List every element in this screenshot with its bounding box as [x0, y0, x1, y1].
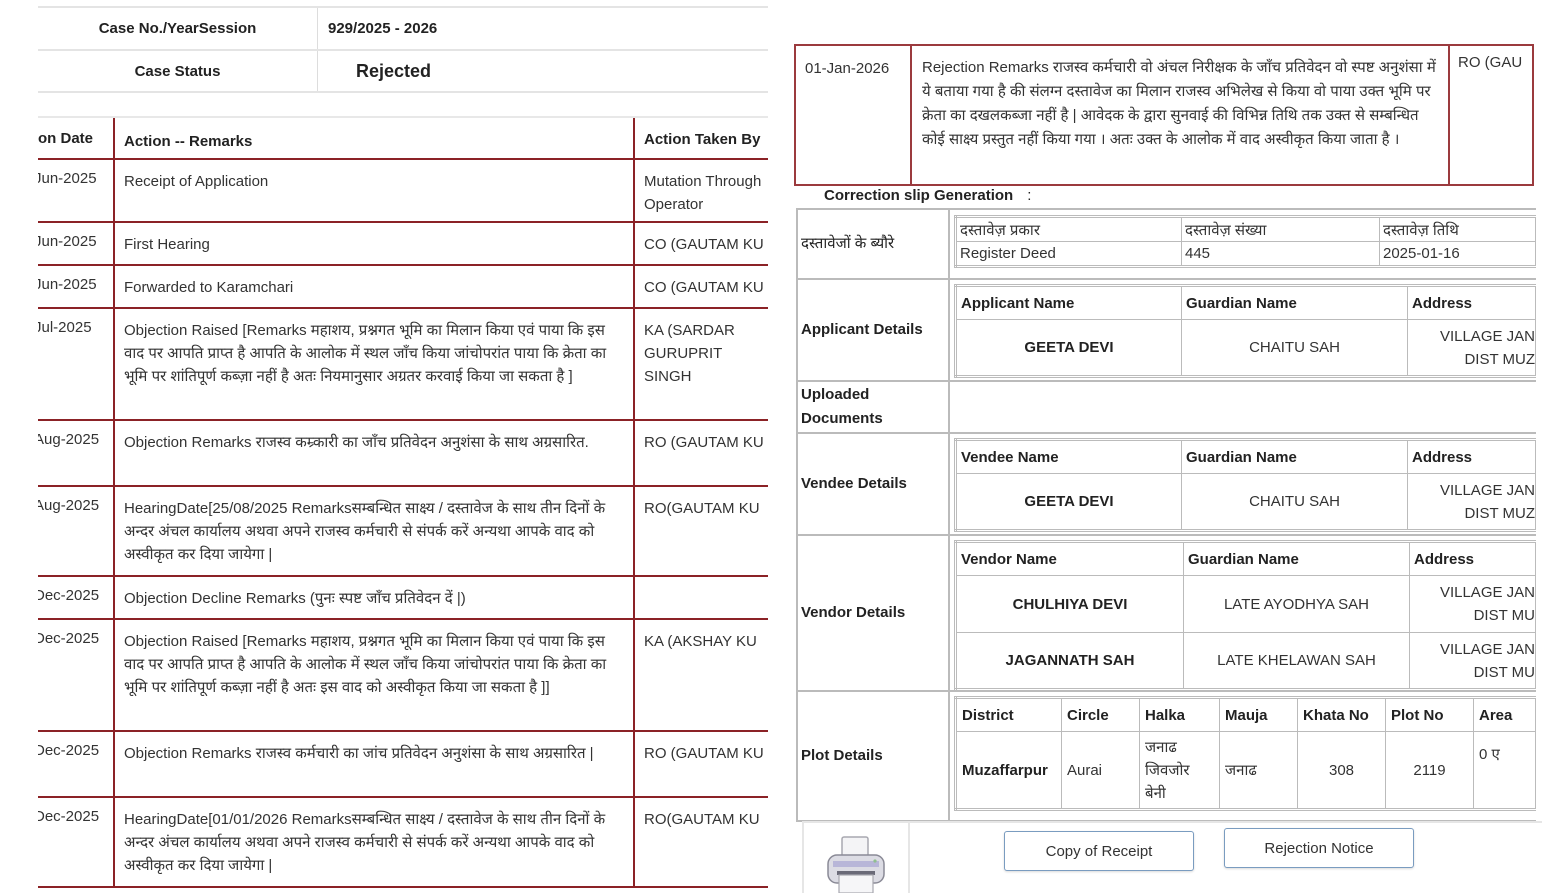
- vendor-label: Vendor Details: [798, 536, 950, 690]
- action-date: Dec-2025: [38, 732, 115, 796]
- rejection-row: 01-Jan-2026 Rejection Remarks राजस्व कर्…: [794, 44, 1534, 186]
- documents-table: दस्तावेज़ प्रकार दस्तावेज़ संख्या दस्ताव…: [954, 215, 1536, 268]
- table-row: Jun-2025Forwarded to KaramchariCO (GAUTA…: [38, 266, 768, 309]
- plot-mauja: जनाढ: [1220, 732, 1298, 810]
- vendor-guardian: LATE KHELAWAN SAH: [1184, 633, 1410, 690]
- vendee-name: GEETA DEVI: [956, 474, 1182, 531]
- table-row: Dec-2025Objection Remarks राजस्व कर्मचार…: [38, 732, 768, 798]
- doc-type-header: दस्तावेज़ प्रकार: [956, 217, 1182, 242]
- action-taken-by: RO(GAUTAM KU: [635, 487, 768, 575]
- action-date: Jun-2025: [38, 160, 115, 221]
- action-taken-by: CO (GAUTAM KU: [635, 223, 768, 264]
- action-remarks: Objection Decline Remarks (पुनः स्पष्ट ज…: [115, 577, 635, 618]
- vendor-address: VILLAGE JANDIST MU: [1410, 576, 1536, 633]
- plot-mauja-header: Mauja: [1220, 698, 1298, 732]
- table-row: Dec-2025Objection Raised [Remarks महाशय,…: [38, 620, 768, 732]
- printer-icon: [825, 835, 887, 893]
- action-taken-by: Mutation Through Operator: [635, 160, 768, 221]
- copy-of-receipt-button[interactable]: Copy of Receipt: [1004, 831, 1194, 871]
- action-taken-by: RO (GAUTAM KU: [635, 732, 768, 796]
- vendee-row: Vendee Details Vendee Name Guardian Name…: [798, 434, 1536, 536]
- doc-date-value: 2025-01-16: [1380, 242, 1536, 267]
- case-details-panel: 01-Jan-2026 Rejection Remarks राजस्व कर्…: [790, 0, 1553, 893]
- vendor-name: JAGANNATH SAH: [956, 633, 1184, 690]
- action-taken-by: RO(GAUTAM KU: [635, 798, 768, 886]
- action-date: Aug-2025: [38, 421, 115, 485]
- case-status-label: Case Status: [38, 51, 318, 91]
- action-remarks: Receipt of Application: [115, 160, 635, 221]
- header-action-by: Action Taken By: [635, 118, 768, 158]
- vendee-table: Vendee Name Guardian Name Address GEETA …: [954, 438, 1536, 532]
- print-button[interactable]: [802, 823, 910, 893]
- vendor-address-header: Address: [1410, 542, 1536, 576]
- address-line-1: VILLAGE JAN: [1440, 584, 1535, 601]
- plot-area-header: Area: [1474, 698, 1536, 732]
- vendor-table: Vendor Name Guardian Name Address CHULHI…: [954, 540, 1536, 691]
- plot-district: Muzaffarpur: [956, 732, 1062, 810]
- uploaded-documents-label: Uploaded Documents: [798, 382, 950, 432]
- address-line-2: DIST MUZ: [1464, 505, 1535, 522]
- plot-circle-header: Circle: [1062, 698, 1140, 732]
- applicant-name-header: Applicant Name: [956, 286, 1182, 320]
- documents-row: दस्तावेजों के ब्यौरे दस्तावेज़ प्रकार दस…: [798, 210, 1536, 280]
- case-history-panel: Case No./YearSession 929/2025 - 2026 Cas…: [0, 0, 768, 893]
- plot-table: District Circle Halka Mauja Khata No Plo…: [954, 696, 1536, 811]
- address-line-1: VILLAGE JAN: [1440, 641, 1535, 658]
- header-date: on Date: [38, 118, 115, 158]
- applicant-address: VILLAGE JANDIST MUZ: [1408, 320, 1536, 377]
- action-date: Aug-2025: [38, 487, 115, 575]
- case-no-value: 929/2025 - 2026: [318, 20, 437, 37]
- action-remarks: HearingDate[01/01/2026 Remarksसम्बन्धित …: [115, 798, 635, 886]
- applicant-name: GEETA DEVI: [956, 320, 1182, 377]
- address-line-2: DIST MU: [1474, 664, 1535, 681]
- documents-label: दस्तावेजों के ब्यौरे: [798, 210, 950, 278]
- action-remarks: Objection Remarks राजस्व कर्मचारी का जां…: [115, 732, 635, 796]
- action-remarks: Objection Raised [Remarks महाशय, प्रश्नग…: [115, 309, 635, 419]
- vendor-guardian: LATE AYODHYA SAH: [1184, 576, 1410, 633]
- action-date: Dec-2025: [38, 577, 115, 618]
- case-no-row: Case No./YearSession 929/2025 - 2026: [38, 6, 768, 49]
- address-line-2: DIST MU: [1474, 607, 1535, 624]
- action-history-table: on Date Action -- Remarks Action Taken B…: [38, 116, 768, 888]
- vendee-address: VILLAGE JANDIST MUZ: [1408, 474, 1536, 531]
- uploaded-documents-row: Uploaded Documents: [798, 382, 1536, 434]
- documents-body: दस्तावेज़ प्रकार दस्तावेज़ संख्या दस्ताव…: [950, 210, 1536, 278]
- plot-khata-header: Khata No: [1298, 698, 1386, 732]
- vendor-address: VILLAGE JANDIST MU: [1410, 633, 1536, 690]
- vendee-guardian: CHAITU SAH: [1182, 474, 1408, 531]
- address-line-2: DIST MUZ: [1464, 351, 1535, 368]
- vendor-body: Vendor Name Guardian Name Address CHULHI…: [950, 536, 1536, 690]
- doc-number-header: दस्तावेज़ संख्या: [1182, 217, 1380, 242]
- action-remarks: Forwarded to Karamchari: [115, 266, 635, 307]
- vendor-name: CHULHIYA DEVI: [956, 576, 1184, 633]
- doc-type-value: Register Deed: [956, 242, 1182, 267]
- rejection-notice-button[interactable]: Rejection Notice: [1224, 828, 1414, 868]
- applicant-row: Applicant Details Applicant Name Guardia…: [798, 280, 1536, 382]
- rejection-action-by: RO (GAU: [1450, 46, 1522, 184]
- case-info-table: Case No./YearSession 929/2025 - 2026 Cas…: [38, 6, 768, 93]
- action-date: Dec-2025: [38, 798, 115, 886]
- doc-number-value: 445: [1182, 242, 1380, 267]
- plot-circle: Aurai: [1062, 732, 1140, 810]
- applicant-body: Applicant Name Guardian Name Address GEE…: [950, 280, 1536, 380]
- action-remarks: First Hearing: [115, 223, 635, 264]
- correction-slip-colon: :: [1027, 187, 1031, 204]
- vendor-row: Vendor Details Vendor Name Guardian Name…: [798, 536, 1536, 692]
- correction-slip-label: Correction slip Generation:: [824, 187, 1031, 204]
- vendee-label: Vendee Details: [798, 434, 950, 534]
- details-table: दस्तावेजों के ब्यौरे दस्तावेज़ प्रकार दस…: [796, 208, 1536, 822]
- plot-halka: जनाढ जिवजोर बेनी: [1140, 732, 1220, 810]
- table-row: Aug-2025Objection Remarks राजस्व कम्र्का…: [38, 421, 768, 487]
- action-remarks: Objection Remarks राजस्व कम्र्कारी का जा…: [115, 421, 635, 485]
- vendee-body: Vendee Name Guardian Name Address GEETA …: [950, 434, 1536, 534]
- plot-body: District Circle Halka Mauja Khata No Plo…: [950, 692, 1536, 820]
- action-remarks: HearingDate[25/08/2025 Remarksसम्बन्धित …: [115, 487, 635, 575]
- action-taken-by: RO (GAUTAM KU: [635, 421, 768, 485]
- applicant-label: Applicant Details: [798, 280, 950, 380]
- vendor-guardian-header: Guardian Name: [1184, 542, 1410, 576]
- applicant-table: Applicant Name Guardian Name Address GEE…: [954, 284, 1536, 378]
- plot-khata: 308: [1298, 732, 1386, 810]
- history-header-row: on Date Action -- Remarks Action Taken B…: [38, 116, 768, 160]
- plot-district-header: District: [956, 698, 1062, 732]
- vendor-name-header: Vendor Name: [956, 542, 1184, 576]
- rejection-date: 01-Jan-2026: [796, 46, 912, 184]
- action-remarks: Objection Raised [Remarks महाशय, प्रश्नग…: [115, 620, 635, 730]
- plot-plotno: 2119: [1386, 732, 1474, 810]
- case-status-row: Case Status Rejected: [38, 49, 768, 93]
- action-date: Jul-2025: [38, 309, 115, 419]
- applicant-guardian: CHAITU SAH: [1182, 320, 1408, 377]
- doc-date-header: दस्तावेज़ तिथि: [1380, 217, 1536, 242]
- plot-row: Plot Details District Circle Halka Mauja…: [798, 692, 1536, 820]
- plot-label: Plot Details: [798, 692, 950, 820]
- header-remarks: Action -- Remarks: [115, 118, 635, 158]
- rejection-remarks: Rejection Remarks राजस्व कर्मचारी वो अंच…: [912, 46, 1450, 184]
- vendee-guardian-header: Guardian Name: [1182, 440, 1408, 474]
- history-body: Jun-2025Receipt of ApplicationMutation T…: [38, 160, 768, 888]
- action-date: Jun-2025: [38, 223, 115, 264]
- action-taken-by: [635, 577, 768, 618]
- plot-plotno-header: Plot No: [1386, 698, 1474, 732]
- vendor-row-2: JAGANNATH SAH LATE KHELAWAN SAH VILLAGE …: [956, 633, 1536, 690]
- action-date: Dec-2025: [38, 620, 115, 730]
- correction-slip-text: Correction slip Generation: [824, 187, 1013, 204]
- uploaded-documents-body: [950, 382, 1536, 432]
- table-row: Dec-2025HearingDate[01/01/2026 Remarksसम…: [38, 798, 768, 888]
- case-no-label: Case No./YearSession: [38, 8, 318, 49]
- applicant-address-header: Address: [1408, 286, 1536, 320]
- case-status-value: Rejected: [318, 61, 431, 82]
- table-row: Dec-2025Objection Decline Remarks (पुनः …: [38, 577, 768, 620]
- table-row: Jun-2025Receipt of ApplicationMutation T…: [38, 160, 768, 223]
- vendee-address-header: Address: [1408, 440, 1536, 474]
- address-line-1: VILLAGE JAN: [1440, 482, 1535, 499]
- address-line-1: VILLAGE JAN: [1440, 328, 1535, 345]
- vendor-row-1: CHULHIYA DEVI LATE AYODHYA SAH VILLAGE J…: [956, 576, 1536, 633]
- plot-halka-header: Halka: [1140, 698, 1220, 732]
- vendee-name-header: Vendee Name: [956, 440, 1182, 474]
- action-date: Jun-2025: [38, 266, 115, 307]
- action-bar: Copy of Receipt Rejection Notice: [802, 821, 1542, 893]
- action-taken-by: KA (SARDAR GURUPRIT SINGH: [635, 309, 768, 419]
- applicant-guardian-header: Guardian Name: [1182, 286, 1408, 320]
- plot-area: 0 ए: [1474, 732, 1536, 810]
- table-row: Jun-2025First HearingCO (GAUTAM KU: [38, 223, 768, 266]
- table-row: Aug-2025HearingDate[25/08/2025 Remarksसम…: [38, 487, 768, 577]
- action-taken-by: KA (AKSHAY KU: [635, 620, 768, 730]
- table-row: Jul-2025Objection Raised [Remarks महाशय,…: [38, 309, 768, 421]
- action-taken-by: CO (GAUTAM KU: [635, 266, 768, 307]
